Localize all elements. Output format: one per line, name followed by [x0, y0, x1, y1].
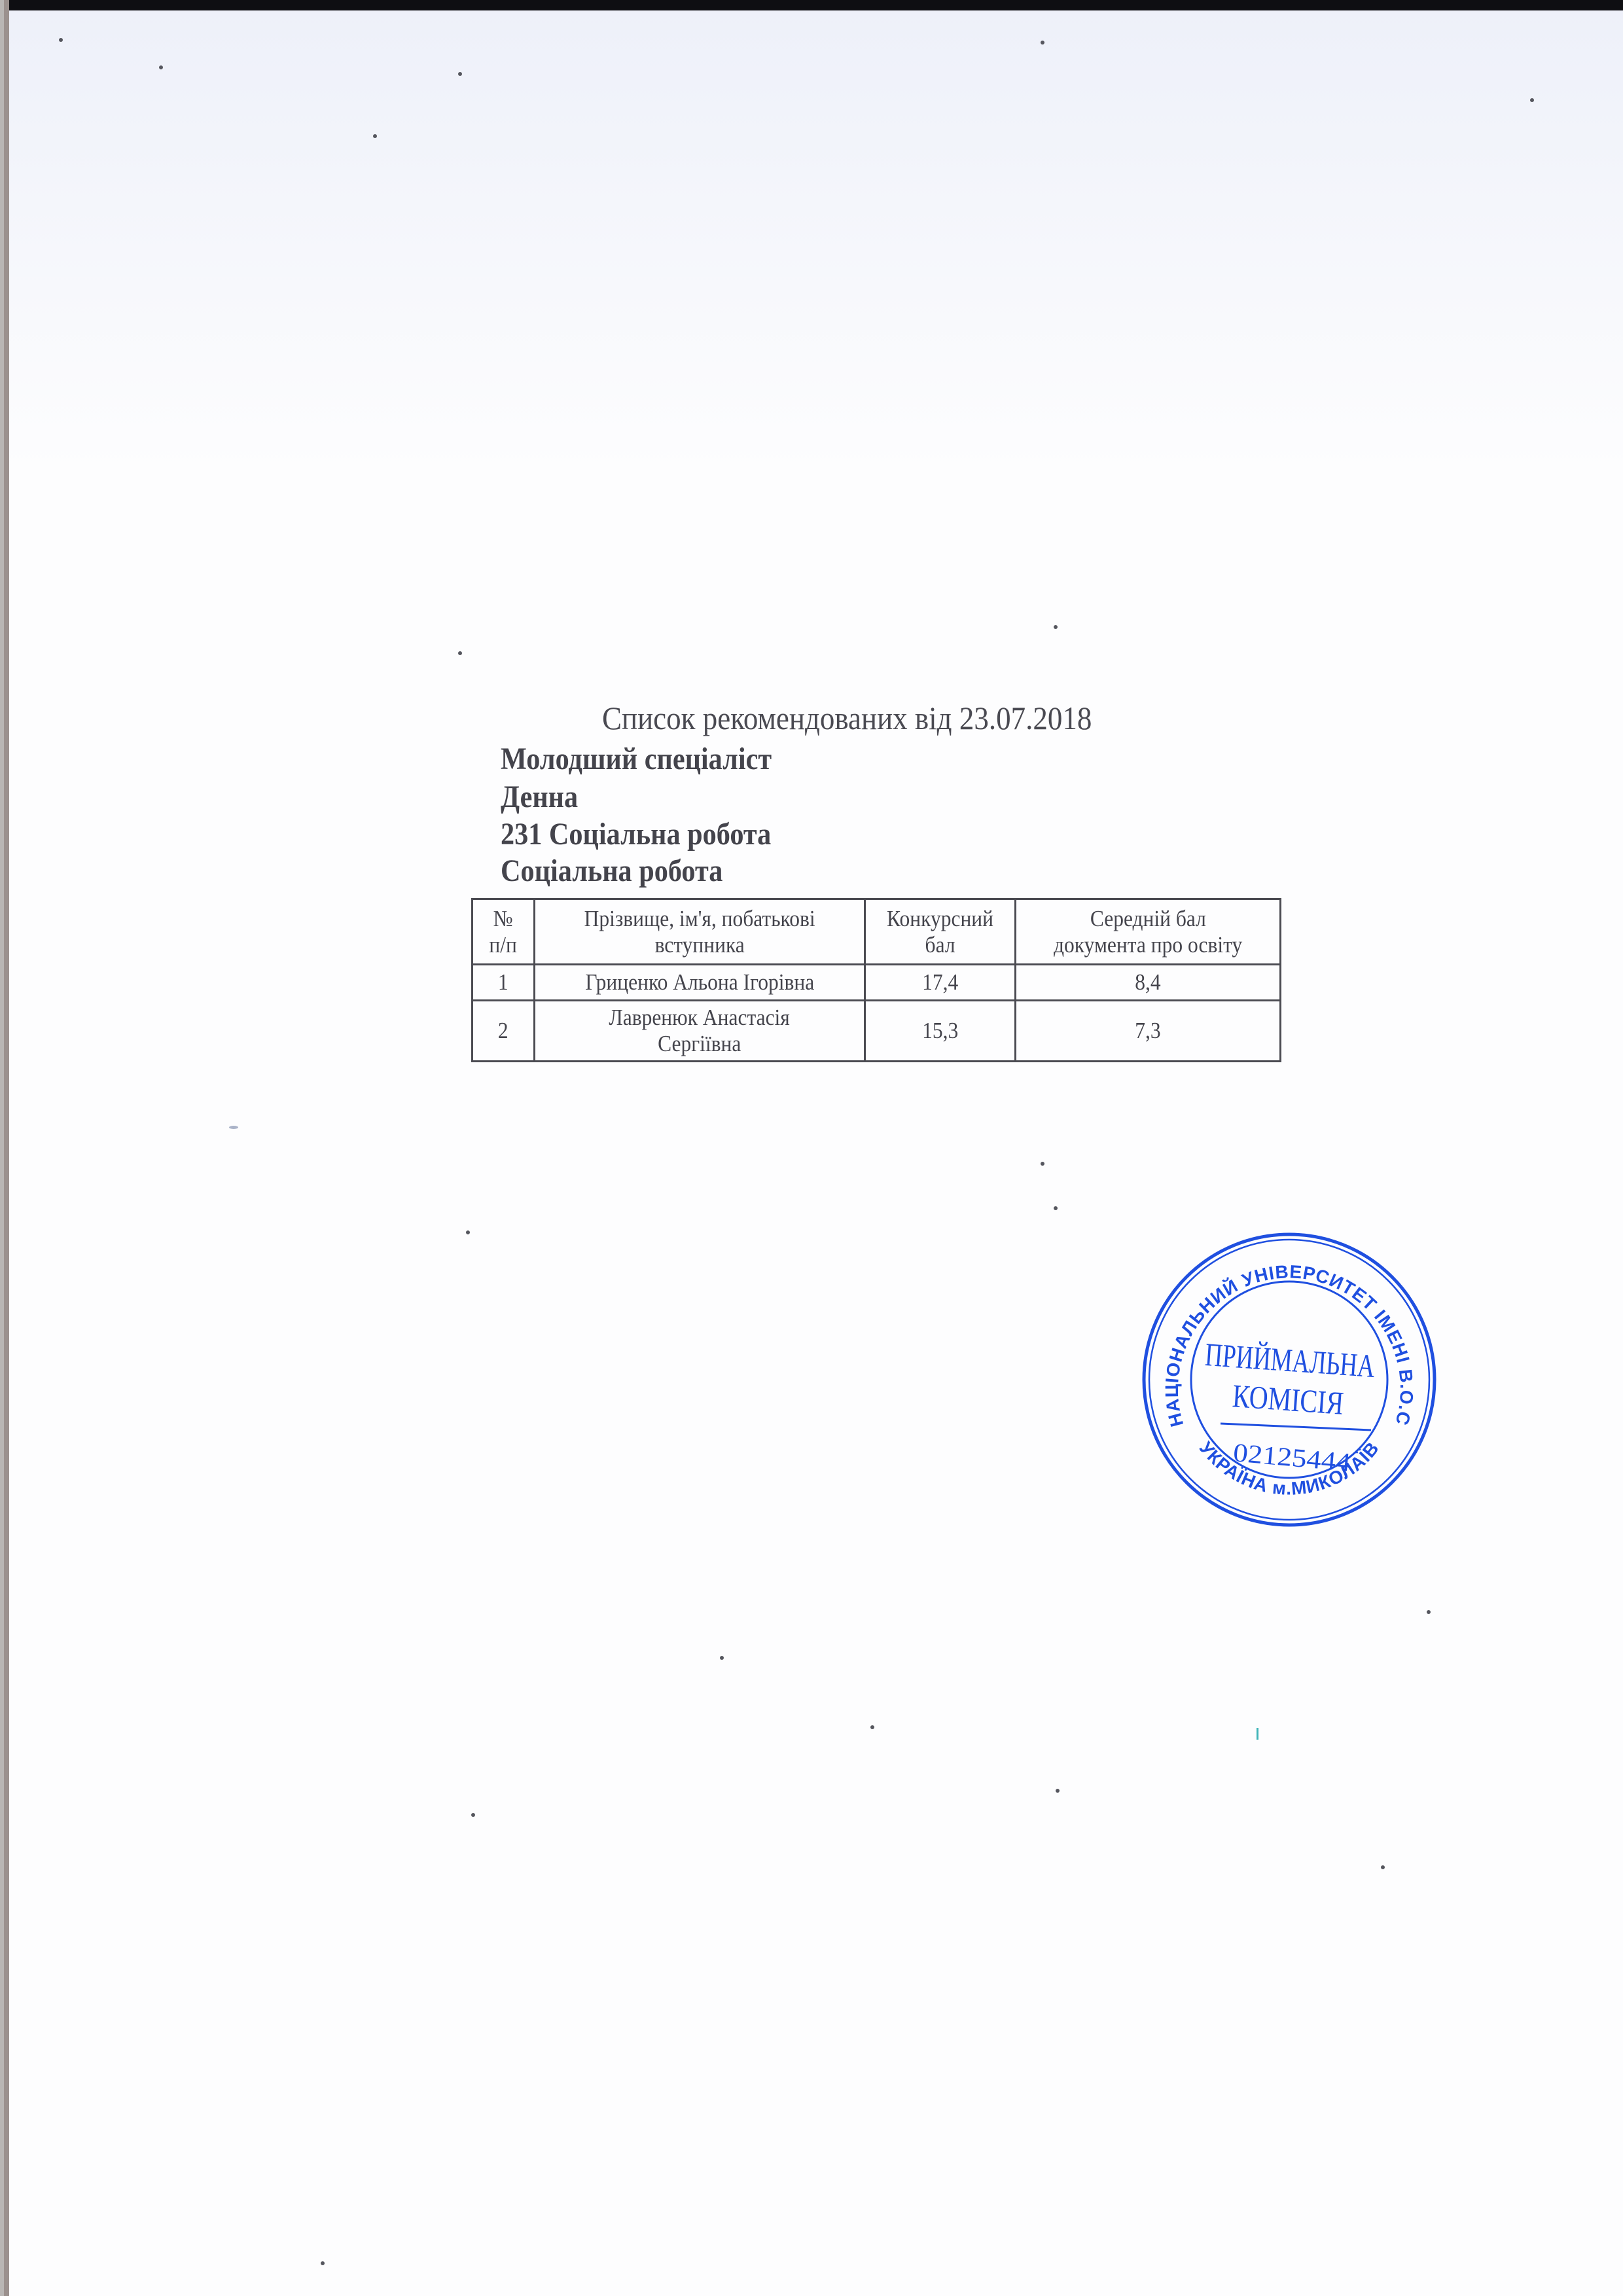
cell-average-grade: 7,3 — [1016, 1001, 1281, 1062]
cell-competitive-score: 15,3 — [865, 1001, 1016, 1062]
header-full-name: Прізвище, ім'я, побатьковівступника — [535, 899, 865, 965]
document-title: Список рекомендованих від 23.07.2018 — [602, 699, 1092, 737]
paper-tint — [9, 10, 1623, 469]
recommended-applicants-table: №п/п Прізвище, ім'я, побатьковівступника… — [471, 898, 1281, 1062]
program-name: Соціальна робота — [501, 853, 722, 889]
cell-average-grade: 8,4 — [1016, 965, 1281, 1001]
header-competitive-score: Конкурснийбал — [865, 899, 1016, 965]
cell-number: 2 — [473, 1001, 535, 1062]
cell-full-name: Лавренюк АнастасіяСергіївна — [535, 1001, 865, 1062]
cell-full-name: Гриценко Альона Ігорівна — [535, 965, 865, 1001]
header-average-grade: Середній балдокумента про освіту — [1016, 899, 1281, 965]
table-row: 1 Гриценко Альона Ігорівна 17,4 8,4 — [473, 965, 1281, 1001]
specialty: 231 Соціальна робота — [501, 816, 771, 852]
scan-border-left — [0, 0, 9, 2296]
header-number: №п/п — [473, 899, 535, 965]
table-row: 2 Лавренюк АнастасіяСергіївна 15,3 7,3 — [473, 1001, 1281, 1062]
scan-border-top — [0, 0, 1623, 10]
degree-level: Молодший спеціаліст — [501, 741, 772, 777]
cell-competitive-score: 17,4 — [865, 965, 1016, 1001]
study-form: Денна — [501, 779, 578, 815]
admission-committee-stamp: МИКОЛАЇВСЬКИЙ НАЦІОНАЛЬНИЙ УНІВЕРСИТЕТ І… — [1135, 1230, 1443, 1532]
stamp-center-line1: ПРИЙМАЛЬНА — [1204, 1336, 1376, 1384]
cell-number: 1 — [473, 965, 535, 1001]
table-header-row: №п/п Прізвище, ім'я, побатьковівступника… — [473, 899, 1281, 965]
stamp-center-line2: КОМІСІЯ — [1231, 1377, 1344, 1422]
